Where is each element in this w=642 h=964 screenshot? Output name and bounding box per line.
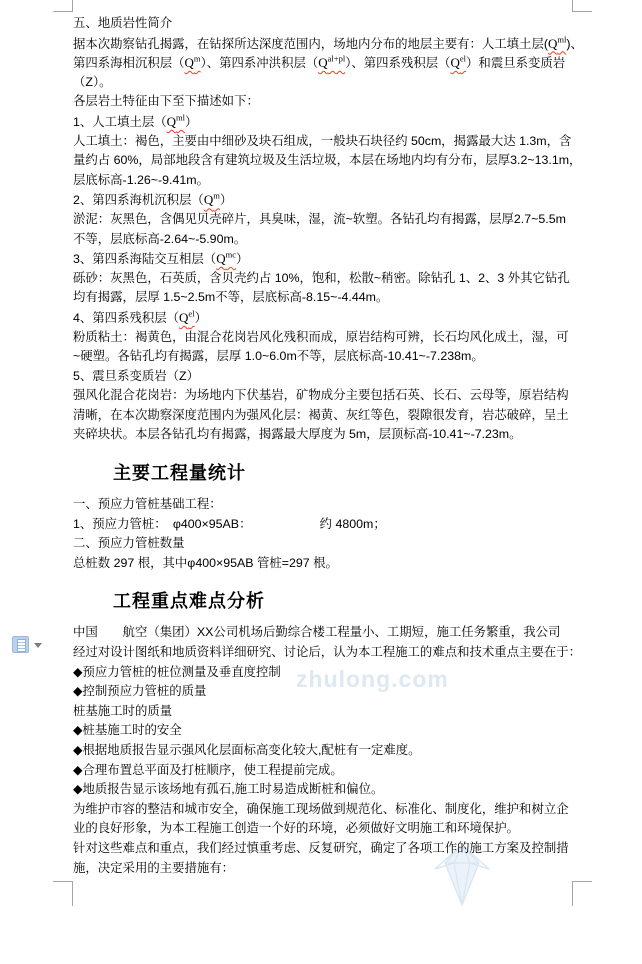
text-run: 4、第四系残积层（ [73, 311, 179, 325]
margin-mark-top-left [53, 0, 73, 12]
text-line: 砾砂：灰黑色，石英质，含贝壳约占 10%，饱和，松散~稍密。除钻孔 1、2、3 … [73, 269, 573, 289]
text-run: ）、第四系残积层（ [345, 56, 450, 70]
heading-difficulty-analysis: 工程重点难点分析 [113, 589, 573, 613]
text-run: 2、第四系海机沉积层（ [73, 193, 204, 207]
text-line: 5、震旦系变质岩（Z） [73, 367, 573, 387]
text-run: 强风化混合花岗岩：为场地内下伏基岩，矿物成分主要包括石英、长石、云母等，原岩结构 [73, 388, 569, 402]
text-line: 2、第四系海机沉积层（Qm） [73, 190, 573, 210]
stratum-code: Qel [451, 55, 467, 70]
stratum-code: Qal+pl [318, 55, 345, 70]
margin-mark-bottom-right [572, 881, 592, 906]
text-run: 为维护市容的整洁和城市安全，确保施工现场做到规范化、标准化、制度化，维护和树立企 [73, 802, 569, 816]
text-line: 五、地质岩性简介 [73, 14, 573, 34]
heading-quantity-statistics: 主要工程量统计 [113, 461, 573, 485]
text-run: 施，决定采用的主要措施有： [73, 861, 234, 875]
text-line: 清晰，在本次勘察深度范围内为强风化层：褐黄、灰红等色，裂隙很发育，岩芯破碎，呈土 [73, 406, 573, 426]
text-run: 夹碎块状。本层各钻孔均有揭露，揭露最大厚度为 5m，层顶标高-10.41~-7.… [73, 427, 522, 441]
text-run: 清晰，在本次勘察深度范围内为强风化层：褐黄、灰红等色，裂隙很发育，岩芯破碎，呈土 [73, 408, 569, 422]
text-line: 桩基施工时的质量 [73, 702, 573, 722]
text-run: ） [195, 311, 207, 325]
chevron-down-icon [34, 643, 42, 648]
text-run: ） [236, 252, 248, 266]
text-run: 经过对设计图纸和地质资料详细研究、讨论后，认为本工程施工的难点和技术重点主要在于… [73, 645, 581, 659]
text-line: ◆合理布置总平面及打桩顺序，使工程提前完成。 [73, 761, 573, 781]
text-line: 经过对设计图纸和地质资料详细研究、讨论后，认为本工程施工的难点和技术重点主要在于… [73, 643, 573, 663]
text-line: 夹碎块状。本层各钻孔均有揭露，揭露最大厚度为 5m，层顶标高-10.41~-7.… [73, 425, 573, 445]
text-run: ◆根据地质报告显示强风化层面标高变化较大,配桩有一定难度。 [73, 743, 421, 757]
text-run: ） [185, 115, 197, 129]
text-run: 各层岩土特征由下至下描述如下： [73, 94, 259, 108]
text-run: 桩基施工时的质量 [73, 704, 172, 718]
text-line: 施，决定采用的主要措施有： [73, 859, 573, 879]
text-run: 粉质粘土：褐黄色，由混合花岗岩风化残积而成，原岩结构可辨，长石均风化成土，湿，可 [73, 330, 569, 344]
text-line: 人工填土：褐色，主要由中细砂及块石组成，一般块石块径约 50cm，揭露最大达 1… [73, 132, 573, 152]
text-line: 各层岩土特征由下至下描述如下： [73, 92, 573, 112]
text-line: ◆根据地质报告显示强风化层面标高变化较大,配桩有一定难度。 [73, 741, 573, 761]
text-run: 五、地质岩性简介 [73, 16, 172, 30]
text-line: ◆预应力管桩的桩位测量及垂直度控制 [73, 663, 573, 683]
text-line: 1、预应力管桩： φ400×95AB： 约 4800m； [73, 515, 573, 535]
text-line: 第四系海相沉积层（Qm）、第四系冲洪积层（Qal+pl）、第四系残积层（Qel）… [73, 53, 573, 73]
stratum-code: Qel [179, 310, 195, 325]
text-line: 淤泥：灰黑色，含偶见贝壳碎片，具臭味，湿，流~软塑。各钻孔均有揭露，层厚2.7~… [73, 210, 573, 230]
text-run: ◆控制预应力管桩的质量 [73, 684, 206, 698]
text-run: 人工填土：褐色，主要由中细砂及块石组成，一般块石块径约 50cm，揭露最大达 1… [73, 134, 571, 148]
text-run: 层底标高-1.26~-9.41m。 [73, 173, 209, 187]
text-run: 1、预应力管桩： φ400×95AB： 约 4800m； [73, 517, 386, 531]
stratum-code: Qm [204, 192, 220, 207]
text-line: 业的良好形象，为本工程施工创造一个好的环境，必须做好文明施工和环境保护。 [73, 819, 573, 839]
text-run: 1、人工填土层（ [73, 115, 167, 129]
text-line: 中国 航空（集团）XX公司机场后勤综合楼工程量小、工期短，施工任务繁重，我公司 [73, 623, 573, 643]
text-run: 5、震旦系变质岩（Z） [73, 369, 199, 383]
text-run: 量约占 60%，局部地段含有建筑垃圾及生活垃圾，本层在场地内均有分布，层厚3.2… [73, 153, 581, 167]
text-run: 二、预应力管桩数量 [73, 536, 185, 550]
text-line: ◆地质报告显示该场地有孤石,施工时易造成断桩和偏位。 [73, 780, 573, 800]
text-line: 不等，层底标高-2.64~-5.90m。 [73, 230, 573, 250]
text-run: 据本次勘察钻孔揭露，在钻探所达深度范围内，场地内分布的地层主要有：人工填土层( [73, 37, 548, 51]
text-run: 3、第四系海陆交互相层（ [73, 252, 216, 266]
text-line: 总桩数 297 根，其中φ400×95AB 管桩=297 根。 [73, 554, 573, 574]
stratum-code: Qml [548, 36, 566, 51]
text-run: 第四系海相沉积层（ [73, 56, 185, 70]
paste-options-button[interactable] [12, 636, 44, 656]
text-line: 据本次勘察钻孔揭露，在钻探所达深度范围内，场地内分布的地层主要有：人工填土层(Q… [73, 34, 573, 54]
text-line: 强风化混合花岗岩：为场地内下伏基岩，矿物成分主要包括石英、长石、云母等，原岩结构 [73, 386, 573, 406]
text-run: ◆桩基施工时的安全 [73, 723, 182, 737]
text-line: （Z）。 [73, 73, 573, 93]
text-run: 不等，层底标高-2.64~-5.90m。 [73, 232, 246, 246]
text-run: )、 [566, 37, 583, 51]
text-line: 针对这些难点和重点，我们经过慎重考虑、反复研究，确定了各项工作的施工方案及控制措 [73, 839, 573, 859]
text-line: 为维护市容的整洁和城市安全，确保施工现场做到规范化、标准化、制度化，维护和树立企 [73, 800, 573, 820]
text-run: ）、第四系冲洪积层（ [201, 56, 319, 70]
stratum-code: Qmc [216, 251, 236, 266]
text-line: 二、预应力管桩数量 [73, 534, 573, 554]
margin-mark-top-right [572, 0, 592, 12]
text-line: ◆控制预应力管桩的质量 [73, 682, 573, 702]
text-run: ）和震旦系变质岩 [466, 56, 565, 70]
text-line: 4、第四系残积层（Qel） [73, 308, 573, 328]
text-line: 均有揭露，层厚 1.5~2.5m不等，层底标高-8.15~-4.44m。 [73, 288, 573, 308]
text-run: 中国 航空（集团）XX公司机场后勤综合楼工程量小、工期短，施工任务繁重，我公司 [73, 625, 560, 639]
text-run: 均有揭露，层厚 1.5~2.5m不等，层底标高-8.15~-4.44m。 [73, 290, 388, 304]
document-content: 五、地质岩性简介据本次勘察钻孔揭露，在钻探所达深度范围内，场地内分布的地层主要有… [73, 14, 573, 878]
text-run: 一、预应力管桩基础工程： [73, 497, 222, 511]
text-run: 针对这些难点和重点，我们经过慎重考虑、反复研究，确定了各项工作的施工方案及控制措 [73, 841, 569, 855]
text-run: ◆地质报告显示该场地有孤石,施工时易造成断桩和偏位。 [73, 782, 383, 796]
text-run: 淤泥：灰黑色，含偶见贝壳碎片，具臭味，湿，流~软塑。各钻孔均有揭露，层厚2.7~… [73, 212, 566, 226]
text-line: 1、人工填土层（Qml） [73, 112, 573, 132]
text-line: 量约占 60%，局部地段含有建筑垃圾及生活垃圾，本层在场地内均有分布，层厚3.2… [73, 151, 573, 171]
text-line: 层底标高-1.26~-9.41m。 [73, 171, 573, 191]
text-run: ） [220, 193, 232, 207]
text-line: ~硬塑。各钻孔均有揭露，层厚 1.0~6.0m不等，层底标高-10.41~-7.… [73, 347, 573, 367]
text-run: ~硬塑。各钻孔均有揭露，层厚 1.0~6.0m不等，层底标高-10.41~-7.… [73, 349, 484, 363]
clipboard-paste-icon [12, 636, 29, 653]
text-run: 业的良好形象，为本工程施工创造一个好的环境，必须做好文明施工和环境保护。 [73, 821, 519, 835]
document-page: zhulong.com 五、地质岩性简介据本次勘察钻孔揭露，在钻探所达深度范围内… [0, 0, 642, 964]
text-run: （Z）。 [73, 75, 112, 89]
text-line: 粉质粘土：褐黄色，由混合花岗岩风化残积而成，原岩结构可辨，长石均风化成土，湿，可 [73, 328, 573, 348]
stratum-code: Qml [167, 114, 185, 129]
text-run: ◆预应力管桩的桩位测量及垂直度控制 [73, 665, 281, 679]
text-run: ◆合理布置总平面及打桩顺序，使工程提前完成。 [73, 763, 343, 777]
text-run: 砾砂：灰黑色，石英质，含贝壳约占 10%，饱和，松散~稍密。除钻孔 1、2、3 … [73, 271, 570, 285]
text-line: ◆桩基施工时的安全 [73, 721, 573, 741]
text-line: 3、第四系海陆交互相层（Qmc） [73, 249, 573, 269]
stratum-code: Qm [185, 55, 201, 70]
text-run: 总桩数 297 根，其中φ400×95AB 管桩=297 根。 [73, 556, 338, 570]
margin-mark-bottom-left [53, 881, 73, 906]
text-line: 一、预应力管桩基础工程： [73, 495, 573, 515]
